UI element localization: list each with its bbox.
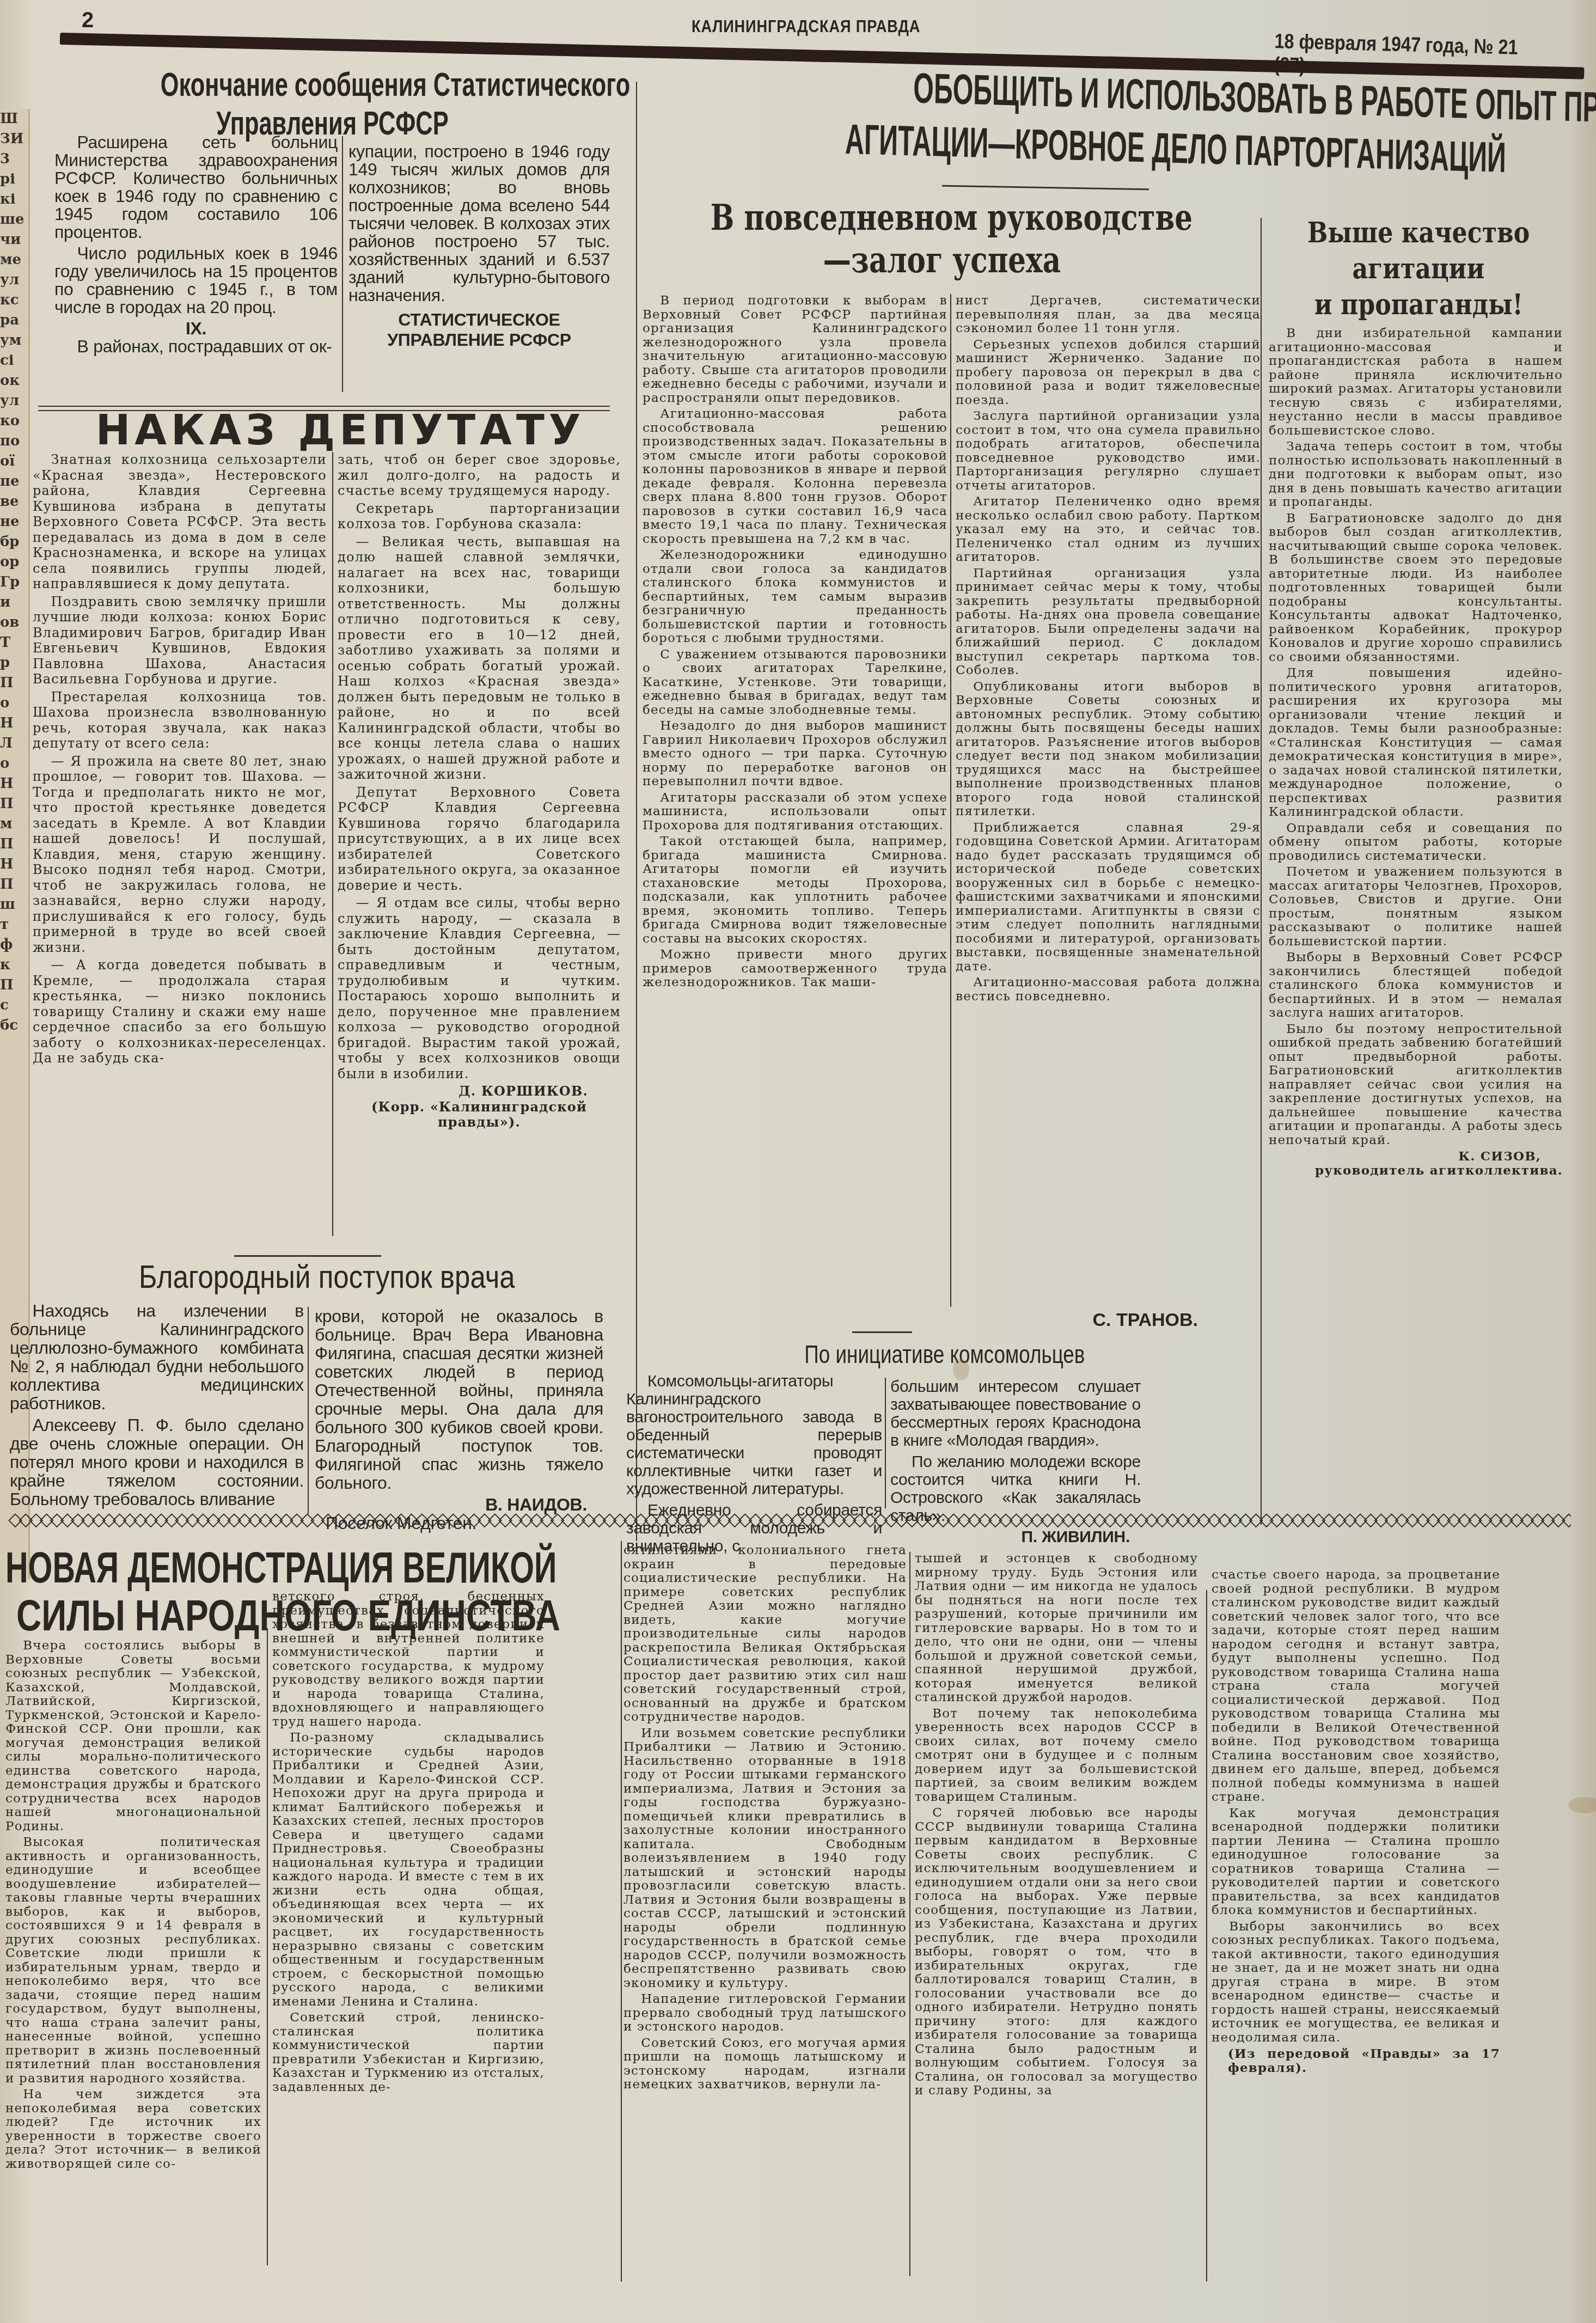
paragraph: Выборы в Верховный Совет РСФСР закончили…	[1269, 951, 1563, 1020]
stat-report-title: Окончание сообщения Статистического Упра…	[60, 65, 604, 143]
paragraph: Как могучая демонстрация всенародной под…	[1212, 1807, 1500, 1918]
paragraph: Партийная организация узла принимает сей…	[956, 567, 1261, 678]
paragraph: Незадолго до дня выборов машинист Гаврии…	[643, 719, 947, 789]
paragraph: Вот почему так непоколебима уверенность …	[915, 1707, 1198, 1805]
edge-fragment: П	[0, 975, 28, 995]
ornamental-divider: ◇◇◇◇◇◇◇◇◇◇◇◇◇◇◇◇◇◇◇◇◇◇◇◇◇◇◇◇◇◇◇◇◇◇◇◇◇◇◇◇…	[8, 1511, 1571, 1527]
kachestvo-body: В дни избирательной кампании агитационно…	[1269, 327, 1563, 1177]
edge-fragment: пе	[0, 472, 28, 492]
paragraph: Приближается славная 29-я годовщина Сове…	[956, 821, 1261, 974]
paragraph: На чем зиждется эта непоколебимая вера с…	[5, 2088, 261, 2171]
vrach-col2: крови, которой не оказалось в больнице. …	[315, 1307, 603, 1532]
column-rule	[267, 1628, 268, 2265]
paragraph: — Я прожила на свете 80 лет, знаю прошло…	[33, 754, 327, 956]
edge-fragment: Ш	[0, 109, 28, 129]
title-line: и пропаганды!	[1314, 287, 1522, 323]
paper-stain	[953, 1359, 969, 1380]
demonstration-col5: счастье своего народа, за процветание св…	[1212, 1568, 1500, 2075]
edge-fragment: ме	[0, 250, 28, 270]
paragraph: С уважением отзываются паровозники о сво…	[643, 648, 947, 718]
paper-stain	[1568, 1797, 1596, 1813]
section-numeral: IX.	[54, 320, 338, 338]
paragraph: Престарелая колхозница тов. Шахова произ…	[33, 689, 327, 751]
rukovodstvo-col2: нист Дергачев, систематически перевыполн…	[956, 294, 1261, 1006]
edge-fragment: ра	[0, 310, 28, 331]
edge-fragment: бс	[0, 1016, 28, 1036]
demonstration-col4: тышей и эстонцев к свободному мирному тр…	[915, 1552, 1198, 2100]
paragraph: Или возьмем советские республики Прибалт…	[623, 1727, 907, 1991]
paragraph: Выборы закончились во всех союзных респу…	[1212, 1920, 1500, 2045]
edge-fragment: Н	[0, 854, 28, 875]
paragraph: Число родильных коек в 1946 году увеличи…	[54, 244, 338, 316]
edge-fragment: т	[0, 915, 28, 935]
title-line: —залог успеха	[823, 239, 1061, 281]
paragraph: зать, чтоб он берег свое здоровье, жил д…	[338, 452, 621, 499]
edge-fragment: ф	[0, 935, 28, 955]
paragraph: Такой отстающей была, например, бригада …	[643, 835, 947, 946]
demonstration-col3: сятилетиями колониального гнета окраин в…	[623, 1544, 907, 2094]
section-divider	[234, 1255, 381, 1257]
paragraph: большим интересом слушает захватывающее …	[890, 1378, 1141, 1450]
paragraph: Знатная колхозница сельхозартели «Красна…	[33, 452, 327, 592]
paragraph: Находясь на излечении в больнице Калинин…	[10, 1301, 304, 1413]
rukovodstvo-signature: С. ТРАНОВ.	[1035, 1310, 1198, 1331]
edge-fragment: Н	[0, 713, 28, 733]
rukovodstvo-col1: В период подготовки к выборам в Верховны…	[643, 294, 947, 992]
title-line: НОВАЯ ДЕМОНСТРАЦИЯ ВЕЛИКОЙ	[5, 1544, 557, 1592]
column-rule	[332, 452, 333, 1236]
edge-fragment: ше	[0, 210, 28, 230]
paragraph: ветского строя, бесценных преимуществах …	[272, 1590, 545, 1729]
paragraph: сятилетиями колониального гнета окраин в…	[623, 1544, 907, 1725]
komsomol-title-text: По инициативе комсомольцев	[805, 1340, 1085, 1369]
edge-fragment: ЗИ	[0, 129, 28, 149]
edge-fragment: Гр	[0, 572, 28, 592]
stat-title-line1: Окончание сообщения Статистического	[161, 65, 630, 104]
paragraph: — А когда доведется побывать в Кремле, —…	[33, 957, 327, 1066]
paragraph: Агитационно-массовая работа должна вести…	[956, 976, 1261, 1004]
paragraph: Агитаторы рассказали об этом успехе маши…	[643, 791, 947, 833]
edge-fragment: к	[0, 955, 28, 975]
column-rule	[909, 1552, 910, 2276]
title-line: агитации	[1353, 251, 1485, 287]
nakaz-signature: Д. КОРШИКОВ.	[338, 1084, 621, 1099]
column-rule	[1261, 218, 1262, 1525]
edge-fragment: П	[0, 875, 28, 895]
edge-fragment: ве	[0, 492, 28, 512]
edge-fragment: 3	[0, 149, 28, 169]
edge-fragment: Н	[0, 774, 28, 794]
edge-fragment: ов	[0, 613, 28, 633]
paragraph: Задача теперь состоит в том, чтобы полно…	[1269, 440, 1563, 510]
signature-line: СТАТИСТИЧЕСКОЕ	[348, 310, 610, 330]
paragraph: Заслуга партийной организации узла состо…	[956, 409, 1261, 493]
rukovodstvo-title: В повседневном руководстве —залог успеха	[643, 196, 1242, 281]
kachestvo-title: Выше качество агитации и пропаганды!	[1266, 215, 1571, 323]
edge-fragment: ок	[0, 371, 28, 391]
signature-line: УПРАВЛЕНИЕ РСФСР	[348, 330, 610, 350]
vrach-col1: Находясь на излечении в больнице Калинин…	[10, 1301, 304, 1512]
source-note: (Из передовой «Правды» за 17 февраля).	[1212, 2047, 1500, 2075]
paragraph: тышей и эстонцев к свободному мирному тр…	[915, 1552, 1198, 1705]
paragraph: С горячей любовью все народы СССР выдвин…	[915, 1806, 1198, 2098]
edge-fragment: П	[0, 794, 28, 814]
paragraph: Нападение гитлеровской Германии прервало…	[623, 1992, 907, 2034]
paragraph: Серьезных успехов добился старший машини…	[956, 338, 1261, 408]
paragraph: В период подготовки к выборам в Верховны…	[643, 294, 947, 405]
demonstration-col1: Вчера состоялись выборы в Верховные Сове…	[5, 1639, 261, 2173]
vrach-title-text: Благородный поступок врача	[139, 1258, 515, 1295]
newspaper-page: 2 КАЛИНИНГРАДСКАЯ ПРАВДА 18 февраля 1947…	[0, 0, 1596, 2323]
edge-fragment: кі	[0, 189, 28, 210]
edge-fragment: ум	[0, 331, 28, 351]
paragraph: Можно привести много других примеров сам…	[643, 948, 947, 990]
kachestvo-signature-role: руководитель агитколлектива.	[1269, 1164, 1563, 1178]
paragraph: Расширена сеть больниц Министерства здра…	[54, 133, 338, 241]
paragraph: Высокая политическая активность и органи…	[5, 1836, 261, 2086]
edge-fragment: бр	[0, 532, 28, 552]
paragraph: крови, которой не оказалось в больнице. …	[315, 1307, 603, 1492]
paragraph: нист Дергачев, систематически перевыполн…	[956, 294, 1261, 336]
edge-fragment: с	[0, 995, 28, 1016]
edge-fragment: не	[0, 512, 28, 532]
paragraph: Для повышения идейно-политического уровн…	[1269, 667, 1563, 820]
nakaz-col2: зать, чтоб он берег свое здоровье, жил д…	[338, 452, 621, 1130]
edge-fragment: рі	[0, 169, 28, 189]
paragraph: В районах, пострадавших от ок-	[54, 338, 338, 356]
title-line: Выше качество	[1307, 215, 1530, 251]
paragraph: — Великая честь, выпавшая на долю нашей …	[338, 534, 621, 783]
paragraph: Было бы поэтому непростительной ошибкой …	[1269, 1023, 1563, 1148]
edge-fragment: ш	[0, 895, 28, 915]
edge-fragment: ої	[0, 451, 28, 472]
komsomol-col1: Комсомольцы-агитаторы Калининградского в…	[626, 1372, 882, 1558]
edge-fragment: м	[0, 814, 28, 834]
paragraph: Советский Союз, его могучая армия пришли…	[623, 2037, 907, 2092]
edge-fragment: р	[0, 653, 28, 673]
paragraph: Депутат Верховного Совета РСФСР Клавдия …	[338, 785, 621, 894]
edge-fragment: кс	[0, 290, 28, 310]
nakaz-col1: Знатная колхозница сельхозартели «Красна…	[33, 452, 327, 1068]
edge-fragment: П	[0, 673, 28, 693]
edge-fragment: П	[0, 834, 28, 854]
edge-fragment: о	[0, 693, 28, 713]
edge-fragment: ор	[0, 552, 28, 572]
vrach-title: Благородный поступок врача	[33, 1258, 621, 1295]
page-number: 2	[82, 8, 94, 33]
paragraph: Опубликованы итоги выборов в Верховные С…	[956, 680, 1261, 819]
paragraph: В Багратионовске задолго до дня выборов …	[1269, 512, 1563, 665]
paragraph: Секретарь парторганизации колхоза тов. Г…	[338, 501, 621, 532]
column-rule	[950, 294, 951, 1307]
edge-fragment: Л	[0, 733, 28, 754]
paragraph: Комсомольцы-агитаторы Калининградского в…	[626, 1372, 882, 1498]
edge-fragment: ул	[0, 391, 28, 411]
newspaper-name: КАЛИНИНГРАДСКАЯ ПРАВДА	[692, 16, 920, 36]
column-rule	[885, 1378, 886, 1508]
edge-fragment: чи	[0, 230, 28, 250]
paragraph: Железнодорожники единодушно отдали свои …	[643, 548, 947, 646]
nakaz-signature-note: (Корр. «Калининградской правды»).	[338, 1099, 621, 1130]
edge-fragment: и	[0, 592, 28, 613]
edge-fragment: о	[0, 754, 28, 774]
edge-fragment: сі	[0, 351, 28, 371]
paragraph: — Я отдам все силы, чтобы верно служить …	[338, 895, 621, 1081]
komsomol-title: По инициативе комсомольцев	[643, 1340, 1247, 1369]
paragraph: В дни избирательной кампании агитационно…	[1269, 327, 1563, 438]
paragraph: Алексееву П. Ф. было сделано две очень с…	[10, 1416, 304, 1508]
edge-fragment: ко	[0, 411, 28, 431]
stat-signature: СТАТИСТИЧЕСКОЕ УПРАВЛЕНИЕ РСФСР	[348, 310, 610, 350]
demonstration-col2: ветского строя, бесценных преимуществах …	[272, 1590, 545, 2096]
column-rule	[342, 136, 343, 392]
paragraph: Советский строй, ленинско-сталинская пол…	[272, 2011, 545, 2094]
edge-fragment: по	[0, 431, 28, 451]
paragraph: Поздравить свою землячку пришли лучшие л…	[33, 594, 327, 687]
paragraph: Агитационно-массовая работа способствова…	[643, 407, 947, 546]
paragraph: По-разному складывались исторические суд…	[272, 1731, 545, 2009]
komsomol-signature: П. ЖИВИЛИН.	[890, 1528, 1141, 1546]
paragraph: Агитатор Пелениченко одно время нескольк…	[956, 495, 1261, 565]
stat-report-col1: Расширена сеть больниц Министерства здра…	[54, 133, 338, 359]
headline-rule	[942, 185, 1149, 191]
column-rule	[621, 1541, 622, 2282]
kachestvo-signature: К. СИЗОВ,	[1269, 1150, 1563, 1164]
nakaz-title: НАКАЗ ДЕПУТАТУ	[82, 406, 599, 454]
title-line: В повседневном руководстве	[711, 196, 1193, 239]
edge-fragment: Т	[0, 633, 28, 653]
stat-report-col2: купации, построено в 1946 году 149 тысяч…	[348, 143, 610, 350]
paragraph: Почетом и уважением пользуются в массах …	[1269, 865, 1563, 949]
paragraph: Оправдали себя и совещания по обмену опы…	[1269, 822, 1563, 864]
lead-headline: ОБОБЩИТЬ И ИСПОЛЬЗОВАТЬ В РАБОТЕ ОПЫТ ПР…	[643, 76, 1595, 172]
column-rule	[308, 1307, 309, 1514]
column-rule	[636, 82, 637, 1541]
column-rule	[1206, 1590, 1207, 2282]
paragraph: счастье своего народа, за процветание св…	[1212, 1568, 1500, 1805]
paragraph: Вчера состоялись выборы в Верховные Сове…	[5, 1639, 261, 1833]
section-divider	[852, 1331, 912, 1333]
edge-fragment: ул	[0, 270, 28, 290]
paragraph: купации, построено в 1946 году 149 тысяч…	[348, 143, 610, 304]
